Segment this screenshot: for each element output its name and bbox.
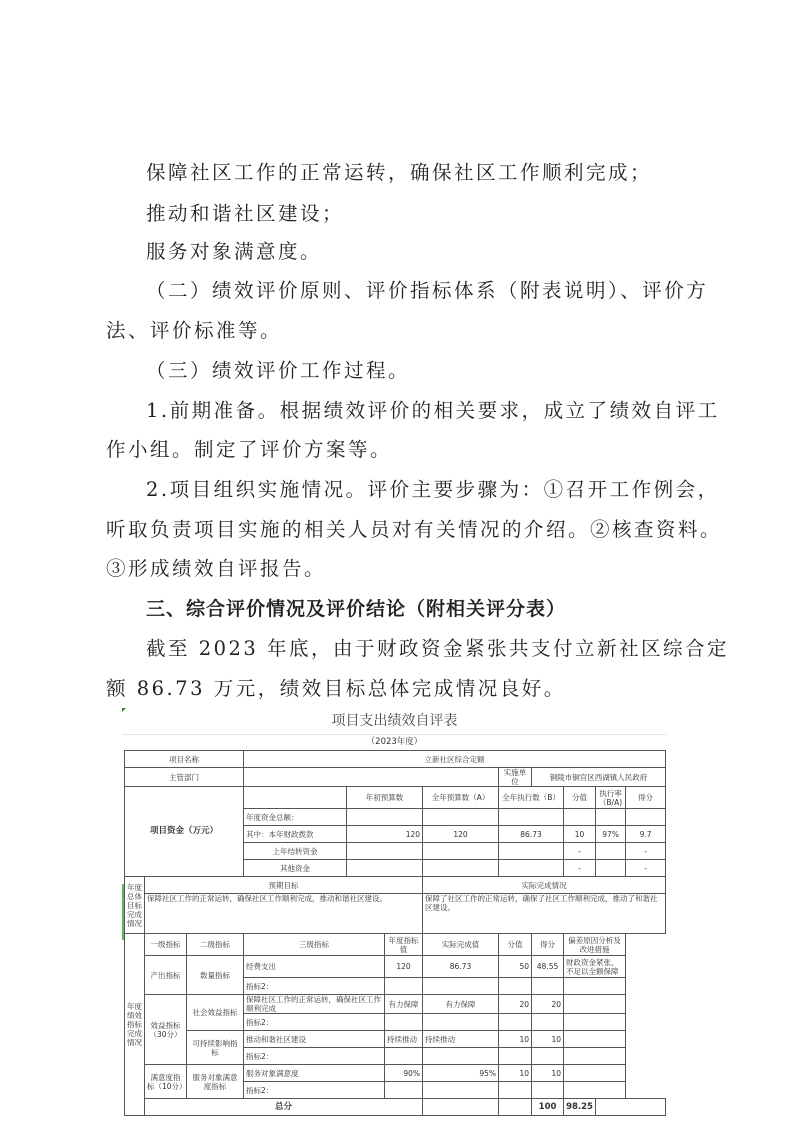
paragraph: ③形成绩效自评报告。	[106, 553, 326, 581]
cell: 10	[499, 1031, 532, 1048]
label-cell: 项目资金（万元）	[125, 787, 244, 877]
header-cell: 预期目标	[145, 877, 423, 894]
header-cell: 全年执行数（B）	[499, 787, 564, 809]
paragraph: 截至 2023 年底，由于财政资金紧张共支付立新社区综合定	[146, 633, 729, 661]
cell	[499, 1014, 532, 1031]
cell	[423, 860, 499, 877]
cell: 97%	[596, 826, 626, 843]
cell	[532, 978, 564, 995]
cell	[499, 843, 564, 860]
cell: -	[626, 860, 666, 877]
cell: 有力保障	[385, 995, 423, 1014]
cell: 9.7	[626, 826, 666, 843]
cell: 10	[499, 1065, 532, 1082]
cell: 有力保障	[423, 995, 499, 1014]
cell	[499, 1082, 532, 1099]
cell: 48.55	[532, 956, 564, 978]
cell	[596, 860, 626, 877]
cell	[347, 809, 423, 826]
value-cell	[244, 768, 499, 787]
cell	[385, 1082, 423, 1099]
l2-cell: 社会效益指标	[187, 995, 244, 1031]
row-label: 其他资金	[244, 860, 347, 877]
paragraph: 保障社区工作的正常运转，确保社区工作顺利完成；	[146, 157, 652, 185]
cell	[532, 1048, 564, 1065]
cell-highlight	[122, 884, 124, 940]
l1-cell: 产出指标	[145, 956, 187, 995]
note-cell	[564, 1082, 626, 1099]
cell	[499, 809, 564, 826]
cell	[347, 860, 423, 877]
l2-cell: 服务对象满意度指标	[187, 1065, 244, 1099]
l3-cell: 经费支出	[244, 956, 385, 978]
cell: 120	[385, 956, 423, 978]
l1-cell: 效益指标（30分）	[145, 995, 187, 1065]
cell	[385, 1014, 423, 1031]
l3-cell: 保障社区工作的正常运转，确保社区工作顺利完成	[244, 995, 385, 1014]
note-cell	[564, 978, 626, 995]
cell	[423, 1099, 499, 1116]
section-heading: 三、综合评价情况及评价结论（附相关评分表）	[146, 594, 566, 621]
cell	[423, 1014, 499, 1031]
paragraph: 作小组。制定了评价方案等。	[106, 434, 392, 462]
cell: 50	[499, 956, 532, 978]
cell: 20	[499, 995, 532, 1014]
label-cell: 实施单位	[499, 768, 532, 787]
cell	[385, 1048, 423, 1065]
goal-actual: 保障了社区工作的正常运转，确保了社区工作顺利完成，推动了和谐社区建设。	[423, 894, 666, 934]
note-cell	[564, 1048, 626, 1065]
cell	[423, 843, 499, 860]
cell	[596, 809, 626, 826]
row-label: 其中：本年财政拨款	[244, 826, 347, 843]
cell: 95%	[423, 1065, 499, 1082]
cell: -	[564, 860, 596, 877]
value-cell: 铜陵市铜官区西湖镇人民政府	[532, 768, 666, 787]
header-cell	[244, 787, 347, 809]
cell: 20	[532, 995, 564, 1014]
evaluation-table: 项目名称 立新社区综合定额 主管部门 实施单位 铜陵市铜官区西湖镇人民政府 项目…	[124, 750, 666, 1116]
cell	[423, 1082, 499, 1099]
header-cell: 三级指标	[244, 934, 385, 956]
cell	[596, 843, 626, 860]
paragraph: 推动和谐社区建设；	[146, 198, 344, 226]
cell: 120	[347, 826, 423, 843]
header-cell: 得分	[626, 787, 666, 809]
total-score: 98.25	[564, 1099, 596, 1116]
paragraph: 2.项目组织实施情况。评价主要步骤为：①召开工作例会，	[146, 474, 720, 502]
row-label: 上年结转资金	[244, 843, 347, 860]
cell	[499, 860, 564, 877]
cell: 86.73	[499, 826, 564, 843]
paragraph: （二）绩效评价原则、评价指标体系（附表说明）、评价方	[146, 275, 708, 303]
value-cell: 立新社区综合定额	[244, 751, 666, 768]
label-cell: 年度总体目标完成情况	[125, 877, 145, 934]
note-cell: 财政资金紧张，不足以全额保障	[564, 956, 626, 978]
cell: -	[626, 843, 666, 860]
cell	[499, 978, 532, 995]
paragraph: 1.前期准备。根据绩效评价的相关要求，成立了绩效自评工	[146, 395, 720, 423]
paragraph: （三）绩效评价工作过程。	[146, 355, 410, 383]
l3-cell: 指标2：	[244, 1048, 385, 1065]
header-cell: 分值	[499, 934, 532, 956]
cell	[385, 978, 423, 995]
table-title: 项目支出绩效自评表	[122, 708, 667, 735]
cell: 10	[532, 1031, 564, 1048]
header-cell: 一级指标	[145, 934, 187, 956]
l2-cell: 可持续影响指标	[187, 1031, 244, 1065]
header-cell: 实际完成情况	[423, 877, 666, 894]
paragraph: 额 86.73 万元，绩效目标总体完成情况良好。	[106, 673, 566, 701]
l2-cell: 数量指标	[187, 956, 244, 995]
header-cell: 年初预算数	[347, 787, 423, 809]
cell	[423, 809, 499, 826]
header-cell: 年度指标值	[385, 934, 423, 956]
note-cell	[564, 995, 626, 1014]
paragraph: 法、评价标准等。	[106, 315, 282, 343]
total-max: 100	[532, 1099, 564, 1116]
cell: 10	[532, 1065, 564, 1082]
row-label: 年度资金总额：	[244, 809, 347, 826]
note-cell	[564, 1031, 626, 1048]
l1-cell: 满意度指标（10分）	[145, 1065, 187, 1099]
cell	[499, 1048, 532, 1065]
cell	[564, 809, 596, 826]
cell	[596, 1099, 666, 1116]
cell: 持续推动	[423, 1031, 499, 1048]
l3-cell: 推动和谐社区建设	[244, 1031, 385, 1048]
label-cell: 项目名称	[125, 751, 244, 768]
header-cell: 执行率（B/A)	[596, 787, 626, 809]
cell	[499, 1099, 532, 1116]
cell	[532, 1014, 564, 1031]
header-cell: 得分	[532, 934, 564, 956]
header-cell: 全年预算数（A）	[423, 787, 499, 809]
paragraph: 服务对象满意度。	[146, 236, 322, 264]
l3-cell: 指标2：	[244, 1082, 385, 1099]
paragraph: 听取负责项目实施的相关人员对有关情况的介绍。②核查资料。	[106, 514, 722, 542]
header-cell: 实际完成值	[423, 934, 499, 956]
cell: 持续推动	[385, 1031, 423, 1048]
cell: 10	[564, 826, 596, 843]
cell	[423, 978, 499, 995]
goal-expected: 保障社区工作的正常运转，确保社区工作顺利完成，推动和谐社区建设。	[145, 894, 423, 934]
l3-cell: 指标2：	[244, 1014, 385, 1031]
cell	[347, 843, 423, 860]
l3-cell: 服务对象满意度	[244, 1065, 385, 1082]
note-cell	[564, 1065, 626, 1082]
total-label: 总分	[145, 1099, 423, 1116]
table-year: （2023年度）	[122, 735, 667, 749]
cell: 86.73	[423, 956, 499, 978]
label-cell: 主管部门	[125, 768, 244, 787]
cell: -	[564, 843, 596, 860]
label-cell: 年度绩效指标完成情况	[125, 934, 145, 1116]
cell	[423, 1048, 499, 1065]
note-cell	[564, 1014, 626, 1031]
l3-cell: 指标2：	[244, 978, 385, 995]
header-cell: 分值	[564, 787, 596, 809]
cell	[626, 809, 666, 826]
header-cell: 二级指标	[187, 934, 244, 956]
cell: 120	[423, 826, 499, 843]
evaluation-table-image: 项目支出绩效自评表 （2023年度） 项目名称 立新社区综合定额 主管部门 实施…	[122, 708, 667, 1122]
cell: 90%	[385, 1065, 423, 1082]
cell	[532, 1082, 564, 1099]
header-cell: 偏差原因分析及改进措施	[564, 934, 626, 956]
